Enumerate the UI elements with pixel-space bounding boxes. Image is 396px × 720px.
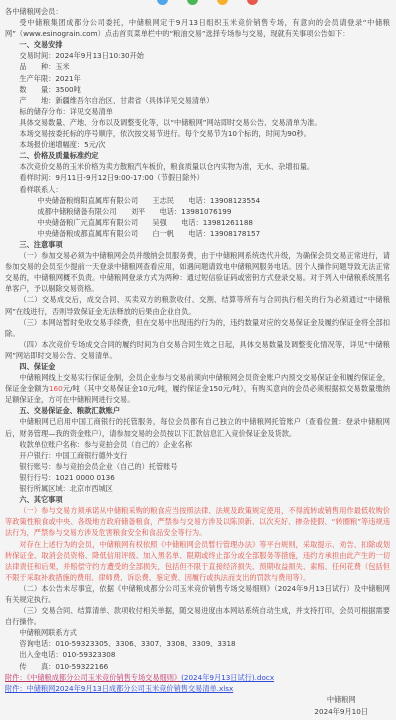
share-dot-yellow-icon[interactable] (217, 0, 228, 5)
section-2-heading: 二、价格及质量标准约定 (5, 150, 390, 161)
notice-3-paragraph: （三）本网站暂时免收交易手续费，但在交易中出现违约行为的，违约数量对应的交易保证… (5, 317, 390, 339)
consult-phone-line: 咨询电话：010-59323305、3306、3307、3308、3309、33… (5, 638, 390, 649)
price-standard-note: 本次竞价交易的玉米价格为卖方散粮汽车板价，粮食质量以仓内实物为准，无水、杂增扣量… (5, 161, 390, 172)
deposit-paragraph-segment: 160 (49, 384, 63, 393)
section-1-heading: 一、交易安排 (5, 39, 390, 50)
trade-time-line: 交易时间：2024年9月13日10:30开始 (5, 50, 390, 61)
bank-region-line: 银行所属区域：北京市西城区 (5, 483, 390, 494)
document-body: 受中储粮集团成都分公司委托，中储粮网定于9月13日组织玉米竞价销售专场，有意向的… (5, 17, 390, 694)
payee-name-line: 收款单位账户名称：参与竞拍会员（自己的）企业名称 (5, 439, 390, 450)
bank-account-line: 银行账号：参与竞拍会员企业（自己的）托管账号 (5, 461, 390, 472)
footer-date: 2024年9月10日 (314, 706, 368, 718)
sample-time-line: 看样时间：9月11日-9月12日9:00-17:00（节假日除外） (5, 172, 390, 183)
attachment-link-rules-segment[interactable]: (2024年9月13日试行).docx (181, 673, 274, 682)
notice-2-paragraph: （二）交易成交后，成交合同、买卖双方的粮款收付、交割、结算等所有与合同执行相关的… (5, 294, 390, 316)
other-1-red-paragraph-2: 对存在上述行为的会员，中储粮网有权依照《中储粮网会员暂行管理办法》等平台规则，采… (5, 539, 390, 583)
trade-session-note: 本场交易按委托标的序号顺序，依次按交易节进行。每个交易节为10个标的，时间为90… (5, 128, 390, 139)
notice-1-paragraph: （一）参加交易必须为中储粮网会员并缴纳会员服务费，由于中储粮网系统迭代升级，为确… (5, 250, 390, 294)
bid-increment-line: 本场报价递增幅度：5元/次 (5, 139, 390, 150)
remittance-intro-paragraph: 中储粮网已启用中国工商银行的托管服务，每位会员都有自己独立的中储粮网托管账户（查… (5, 416, 390, 438)
bank-number-line: 银行行号：1021 0000 0136 (5, 472, 390, 483)
notice-4-paragraph: （四）本次竞价专场成交合同的履约时间为自交易合同生效之日起，具体交易数量及调整变… (5, 339, 390, 361)
document-footer: 中储粮网 2024年9月10日 (314, 694, 368, 717)
bank-name-line: 开户银行：中国工商银行德外支行 (5, 450, 390, 461)
production-year-line: 生产年限：2021年 (5, 73, 390, 84)
share-dot-red-icon[interactable] (247, 0, 258, 5)
intro-paragraph: 受中储粮集团成都分公司委托，中储粮网定于9月13日组织玉米竞价销售专场，有意向的… (5, 17, 390, 39)
fax-line: 传 真：010-59322166 (5, 661, 390, 672)
contact-line-mianyang: 中央储备粮绵阳直属库有限公司 王志民 电话：13908123554 (5, 195, 390, 206)
attachment-link-list[interactable]: 附件：中储粮网2024年9月13日成都分公司玉米竞价销售交易清单.xlsx (5, 683, 390, 694)
section-4-heading: 四、保证金 (5, 361, 390, 372)
fund-phone-line: 出入金电话：010-59323308 (5, 649, 390, 660)
contact-line-chengdu-reserve: 成都中储粮储备有限公司 刘平 电话：13981076199 (5, 206, 390, 217)
origin-line: 产 地：新疆维吾尔自治区、甘肃省（具体详见交易清单） (5, 95, 390, 106)
other-2-paragraph: （二）本公告未尽事宜，依据《中储粮成都分公司玉米竞价销售专场交易细则》（2024… (5, 583, 390, 605)
section-5-heading: 五、交易保证金、粮款汇款账户 (5, 405, 390, 416)
section-3-heading: 三、注意事项 (5, 239, 390, 250)
top-icons-row (0, 0, 396, 6)
deposit-paragraph-segment: 元/吨（其中交易保证金10元/吨，履约保证金150元/吨），有购买意向的会员必须… (5, 384, 390, 404)
sample-contact-label: 看样联系人： (5, 184, 390, 195)
contact-line-chengdu-depot: 中央储备粮成都直属库有限公司 白一帆 电话：13908178157 (5, 228, 390, 239)
quantity-line: 数 量：3500吨 (5, 84, 390, 95)
contact-info-label: 中储粮网联系方式 (5, 627, 390, 638)
variety-line: 品 种：玉米 (5, 61, 390, 72)
storage-distribution-line: 标的储存分布：详见交易清单 (5, 106, 390, 117)
deposit-paragraph: 中储粮网线上交易实行保证金制，会员企业参与交易前须向中储粮网会员资金账户内预交交… (5, 372, 390, 405)
announcement-document: 各中储粮网会员： 受中储粮集团成都分公司委托，中储粮网定于9月13日组织玉米竞价… (0, 0, 396, 694)
salutation: 各中储粮网会员： (5, 6, 390, 17)
attachment-link-list-segment[interactable]: 附件：中储粮网2024年9月13日成都分公司玉米竞价销售交易清单.xlsx (5, 684, 233, 693)
contact-line-guangyuan: 中央储备粮广元直属库有限公司 吴强 电话：13981261188 (5, 217, 390, 228)
footer-org: 中储粮网 (314, 694, 368, 706)
trade-detail-note: 具体交易数量、产地、分布以及调整变化等，以“中储粮网”网站即时交易公告、交易清单… (5, 117, 390, 128)
attachment-link-rules-segment[interactable]: 附件：《中储粮成都分公司玉米竞价销售专场交易细则》 (5, 673, 181, 682)
other-3-paragraph: （三）交易合同、结算清单、款项收付相关单据，随交易进度由本网站系统自动生成，并支… (5, 605, 390, 627)
share-dot-green-icon[interactable] (187, 0, 198, 5)
attachment-link-rules[interactable]: 附件：《中储粮成都分公司玉米竞价销售专场交易细则》(2024年9月13日试行).… (5, 672, 390, 683)
share-dot-blue-icon[interactable] (157, 0, 168, 5)
other-1-red-paragraph: （一）参与交易方须承诺从中储粮采购的粮食应当按照法律、法规及政策规定使用，不得流… (5, 505, 390, 538)
section-6-heading: 六、其它事项 (5, 494, 390, 505)
